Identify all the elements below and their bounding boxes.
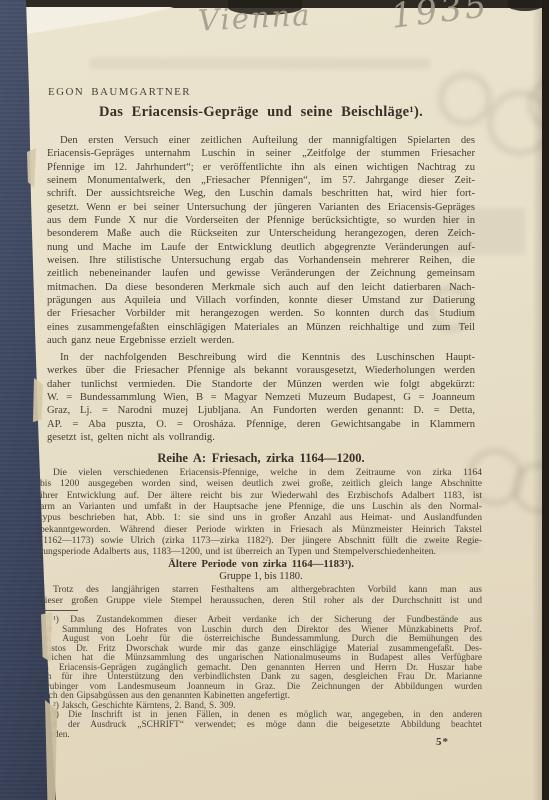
- text-line: werkes über die Friesacher Pfennige als …: [47, 364, 475, 377]
- torn-paper-edge: [33, 378, 43, 422]
- page-number: 5*: [436, 736, 449, 748]
- text-line: nung und Mache im Laufe der Entwicklung …: [47, 241, 475, 254]
- underlying-page-edge: [26, 7, 174, 34]
- paragraph-reihe-a: Die vielen verschiedenen Eriacensis-Pfen…: [40, 467, 482, 558]
- scanned-journal-page: Vienna 1935 EGON BAUMGARTNER Das Eriacen…: [0, 0, 549, 800]
- text-line: Eriacensis-Gepräges unternahm Luschin in…: [47, 147, 475, 160]
- text-line: Graz, Lj. = Narodni muzej Ljubljana. An …: [47, 404, 475, 417]
- text-line: prägungen aus Aquileia und Villach vorfi…: [47, 294, 475, 307]
- paragraph-abbreviations: In der nachfolgenden Beschreibung wird d…: [40, 351, 482, 444]
- torn-paper-edge: [27, 148, 36, 188]
- text-line: der Friesacher Vorbilder mit herangezoge…: [47, 307, 475, 320]
- text-line: Trotz des langjährigen starren Festhalte…: [40, 584, 482, 595]
- text-line: werden.: [40, 731, 482, 741]
- text-line: daher tunlichst vermieden. Die Standorte…: [47, 378, 475, 391]
- text-line: wird der Ausdruck „SCHRIFT“ verwendet; e…: [40, 721, 482, 731]
- text-line: gesetzt. Wenn er bei seiner Untersuchung…: [47, 201, 475, 214]
- text-line: mitmachen. Da diese besonderen Merkmale …: [47, 281, 475, 294]
- text-bleedthrough: [90, 58, 430, 69]
- paragraph-group-1: Trotz des langjährigen starren Festhalte…: [40, 584, 482, 607]
- footnotes-block: ¹) Das Zustandekommen dieser Arbeit verd…: [40, 616, 482, 740]
- text-line: auch ganz neue Ergebnisse erzielt werden…: [47, 334, 475, 347]
- article-title: Das Eriacensis-Gepräge und seine Beischl…: [40, 104, 482, 121]
- section-heading-reihe-a: Reihe A: Friesach, zirka 1164—1200.: [40, 451, 482, 466]
- footnote-3: ³) Die Inschrift ist in jenen Fällen, in…: [40, 711, 482, 740]
- page-edge-shadow: [532, 0, 542, 800]
- paragraph-introduction: Den ersten Versuch einer zeitlichen Auft…: [40, 134, 482, 348]
- text-line: schrift. Der aussichtsreiche Weg, den Lu…: [47, 187, 475, 200]
- text-line: W. = Bundessammlung Wien, B = Magyar Nem…: [47, 391, 475, 404]
- footnote-1: ¹) Das Zustandekommen dieser Arbeit verd…: [40, 616, 482, 702]
- text-line: bis 1200 ausgegeben worden sind, weisen …: [40, 478, 482, 489]
- subheading-older-period: Ältere Periode von zirka 1164—1183³).: [40, 558, 482, 570]
- text-line: seinem Monumentalwerk, den „Friesacher P…: [47, 174, 475, 187]
- text-line: rungsperiode Adalberts aus, 1183—1200, u…: [40, 546, 482, 557]
- text-line: Die vielen verschiedenen Eriacensis-Pfen…: [40, 467, 482, 478]
- text-line: typus beschrieben hat, Abb. 1: sie sind …: [40, 512, 482, 523]
- text-line: (1162—1173) sowie Ulrich (zirka 1173—zir…: [40, 535, 482, 546]
- text-line: Den ersten Versuch einer zeitlichen Auft…: [47, 134, 475, 147]
- text-line: bekanntgeworden. Während dieser Periode …: [40, 524, 482, 535]
- handwritten-place: Vienna: [197, 0, 312, 38]
- text-line: aus dem Funde X nur die Vorderseiten der…: [47, 214, 475, 227]
- text-line: arm an Varianten und umfaßt in der Haupt…: [40, 501, 482, 512]
- text-line: In der nachfolgenden Beschreibung wird d…: [47, 351, 475, 364]
- subheading-group-1: Gruppe 1, bis 1180.: [40, 571, 482, 582]
- text-line: gesetzt ist, gelten nicht als vollrandig…: [47, 431, 475, 444]
- text-line: weisen. Ihre stilistische Untersuchung e…: [47, 254, 475, 267]
- torn-paper-edge: [41, 612, 52, 662]
- author-name: EGON BAUMGARTNER: [48, 86, 191, 98]
- text-line: dieser großen Gruppe viele Stempel herau…: [40, 595, 482, 606]
- text-line: besonderem Maße auch die Rückseiten zur …: [47, 227, 475, 240]
- text-line: zeitlich nebeneinander laufen und gewiss…: [47, 267, 475, 280]
- text-line: eines zusammengefaßten einschlägigen Mat…: [47, 321, 475, 334]
- handwritten-annotation: Vienna 1935: [197, 0, 491, 44]
- text-line: AP. = Aba puszta, O. = Orosháza. Pfennig…: [47, 418, 475, 431]
- text-line: ihrer Entwicklung auf. Der ältere reicht…: [40, 490, 482, 501]
- right-scan-edge: [542, 0, 549, 800]
- handwritten-year: 1935: [389, 0, 492, 37]
- text-line: Pfennige im 12. Jahrhundert“; er veröffe…: [47, 161, 475, 174]
